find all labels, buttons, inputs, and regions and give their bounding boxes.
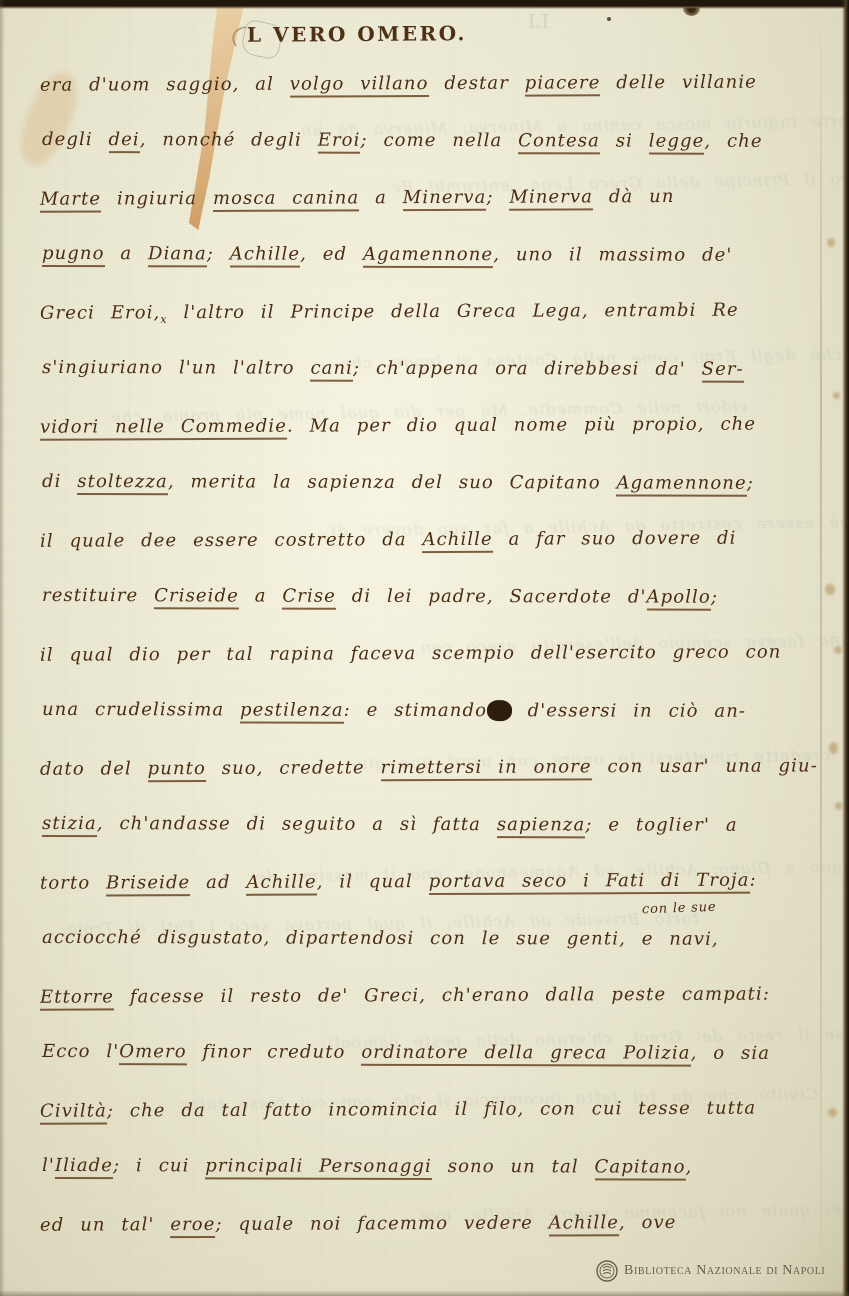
manuscript-line: dato del punto suo, credette rimettersi … — [40, 737, 840, 797]
underlined-word: legge — [649, 131, 705, 155]
underlined-word: Eroi — [318, 130, 361, 154]
manuscript-line: acciocché disgustato, dipartendosi con l… — [42, 909, 842, 968]
manuscript-text: destar — [428, 73, 524, 94]
manuscript-line: ed un tal' eroe; quale noi facemmo veder… — [40, 1193, 840, 1253]
underlined-word: Achille — [230, 243, 300, 267]
manuscript-text: ; — [486, 187, 509, 208]
manuscript-text: a — [239, 585, 283, 606]
manuscript-text: una crudelissima — [42, 699, 240, 721]
show-through-mark: LI — [528, 8, 549, 34]
manuscript-text: Greci Eroi, — [40, 302, 160, 324]
underlined-word: volgo villano — [290, 73, 429, 98]
manuscript-text: ; che da tal fatto incomincia il filo, c… — [107, 1098, 756, 1122]
manuscript-line: l'Iliade; i cui principali Personaggi so… — [42, 1137, 842, 1196]
underlined-word: Criseide — [154, 585, 239, 609]
manuscript-text: si — [600, 130, 649, 151]
manuscript-page: Marte ingiuria mosca canina a Minerva; M… — [0, 0, 849, 1296]
manuscript-text: finor creduto — [187, 1041, 362, 1062]
foxing-spot — [825, 584, 835, 595]
manuscript-text: a far suo dovere di — [493, 528, 737, 550]
underlined-word: Minerva — [509, 186, 593, 210]
manuscript-text: Ecco l' — [42, 1041, 119, 1062]
foxing-spot — [835, 802, 842, 810]
underlined-word: Contesa — [518, 130, 600, 154]
underlined-word: vidori nelle Commedie — [40, 416, 287, 441]
manuscript-line: Ettorre facesse il resto de' Greci, ch'e… — [40, 965, 840, 1025]
library-stamp: Biblioteca Nazionale di Napoli — [596, 1260, 825, 1282]
manuscript-line: stizia, ch'andasse di seguito a sì fatta… — [42, 795, 842, 854]
underlined-word: Crise — [282, 586, 336, 610]
underlined-word: pugno — [42, 243, 105, 267]
manuscript-text: facesse il resto de' Greci, ch'erano dal… — [114, 984, 770, 1008]
manuscript-line: una crudelissima pestilenza: e stimandol… — [42, 681, 842, 740]
underlined-word: stizia — [42, 813, 97, 837]
manuscript-text: a — [105, 243, 149, 264]
underlined-word: Iliade — [55, 1155, 113, 1179]
manuscript-text: x — [160, 313, 167, 326]
foxing-spot — [834, 646, 842, 654]
manuscript-text: acciocché disgustato, dipartendosi con l… — [42, 927, 719, 950]
manuscript-text: lo — [487, 700, 512, 721]
underlined-word: Ettorre — [40, 986, 114, 1010]
manuscript-text: : e stimando — [344, 700, 487, 721]
underlined-word: Agamennone — [616, 472, 746, 496]
manuscript-text: ; i cui — [113, 1155, 205, 1176]
manuscript-text: di — [42, 471, 77, 492]
page-edge-right — [842, 0, 849, 1296]
manuscript-line: Ecco l'Omero finor creduto ordinatore de… — [42, 1023, 842, 1082]
underlined-word: Marte — [40, 188, 101, 212]
manuscript-text: degli — [42, 129, 109, 150]
underlined-word: Achille — [422, 529, 492, 553]
manuscript-text: , ch'andasse di seguito a sì fatta — [97, 813, 497, 835]
manuscript-text: ; — [711, 587, 718, 608]
foxing-spot — [829, 742, 838, 754]
manuscript-line: il qual dio per tal rapina faceva scempi… — [40, 623, 840, 683]
ink-dot — [607, 17, 611, 21]
manuscript-text: , merita la sapienza del suo Capitano — [168, 471, 617, 493]
bnn-stamp-icon — [596, 1260, 618, 1282]
manuscript-line: restituire Criseide a Crise di lei padre… — [42, 567, 842, 626]
manuscript-text: delle villanie — [600, 72, 757, 94]
library-stamp-text: Biblioteca Nazionale di Napoli — [624, 1263, 825, 1279]
underlined-word: Briseide — [106, 872, 190, 896]
manuscript-text: era d'uom saggio, al — [40, 74, 290, 96]
manuscript-text: ingiuria — [101, 188, 213, 209]
interlinear-insertion: con le sue — [642, 900, 717, 918]
page-edge-top — [0, 0, 849, 9]
manuscript-text: , o sia — [691, 1043, 770, 1064]
manuscript-line: il quale dee essere costretto da Achille… — [40, 509, 840, 569]
manuscript-text: ; come nella — [360, 130, 518, 151]
manuscript-text: ; — [207, 243, 230, 264]
underlined-word: portava seco i Fati di Troja — [429, 870, 750, 895]
manuscript-text: , che — [704, 131, 762, 152]
manuscript-text: dà un — [593, 186, 675, 207]
page-crease — [820, 0, 822, 1296]
manuscript-text: sono un tal — [432, 1156, 595, 1177]
manuscript-text: , nonché degli — [140, 129, 318, 150]
page-edge-bottom — [0, 1290, 849, 1296]
manuscript-line: era d'uom saggio, al volgo villano desta… — [40, 53, 840, 113]
manuscript-text: , uno il massimo de' — [493, 244, 732, 266]
manuscript-lines: era d'uom saggio, al volgo villano desta… — [40, 55, 840, 1252]
underlined-word: ordinatore della greca Polizia — [361, 1042, 690, 1067]
manuscript-text: l' — [42, 1155, 55, 1176]
manuscript-line: Greci Eroi,x l'altro il Principe della G… — [40, 281, 840, 341]
manuscript-text: ; e toglier' a — [585, 814, 737, 835]
manuscript-text: , il qual — [317, 871, 429, 892]
manuscript-line: s'ingiuriano l'un l'altro cani; ch'appen… — [42, 339, 842, 398]
underlined-word: Capitano — [595, 1156, 686, 1180]
underlined-word: pestilenza — [240, 699, 344, 723]
underlined-word: mosca canina — [213, 187, 359, 212]
manuscript-line: vidori nelle Commedie. Ma per dio qual n… — [40, 395, 840, 455]
page-edge-left — [0, 0, 5, 1296]
manuscript-line: pugno a Diana; Achille, ed Agamennone, u… — [42, 225, 842, 284]
manuscript-text: d'essersi in ciò an- — [512, 700, 746, 722]
manuscript-text: torto — [40, 872, 106, 893]
underlined-word: cani — [310, 358, 353, 382]
underlined-word: Diana — [148, 243, 207, 267]
underlined-word: rimettersi in onore — [381, 756, 592, 781]
manuscript-line: Civiltà; che da tal fatto incomincia il … — [40, 1079, 840, 1139]
manuscript-line: di stoltezza, merita la sapienza del suo… — [42, 453, 842, 512]
underlined-word: stoltezza — [77, 471, 168, 495]
manuscript-line: degli dei, nonché degli Eroi; come nella… — [42, 111, 842, 170]
underlined-word: Achille — [549, 1212, 619, 1236]
manuscript-text: il qual dio per tal rapina faceva scempi… — [40, 642, 782, 666]
foxing-spot — [828, 1108, 837, 1117]
page-title: L VERO OMERO. — [247, 21, 467, 47]
manuscript-text: restituire — [42, 585, 154, 606]
manuscript-text: il quale dee essere costretto da — [40, 529, 423, 552]
underlined-word: punto — [148, 758, 206, 782]
manuscript-text: ed un tal' — [40, 1214, 170, 1236]
manuscript-text: , ed — [300, 244, 363, 265]
underlined-word: Apollo — [647, 587, 711, 611]
underlined-word: Minerva — [403, 187, 487, 211]
underlined-word: Agamennone — [363, 244, 493, 268]
manuscript-text: s'ingiuriano l'un l'altro — [42, 357, 311, 379]
foxing-spot — [833, 392, 840, 399]
underlined-word: eroe — [170, 1214, 215, 1238]
manuscript-text: ; quale noi facemmo vedere — [215, 1213, 548, 1235]
underlined-word: piacere — [525, 72, 601, 96]
manuscript-text: . Ma per dio qual nome più propio, che — [287, 414, 756, 437]
underlined-word: sapienza — [497, 814, 586, 838]
manuscript-text: , — [686, 1157, 693, 1178]
underlined-word: Omero — [119, 1041, 186, 1065]
underlined-word: Civiltà — [40, 1100, 107, 1124]
foxing-spot — [827, 238, 835, 247]
manuscript-text: dato del — [40, 758, 148, 779]
manuscript-line: torto Briseide ad Achille, il qual porta… — [40, 851, 840, 911]
underlined-word: Achille — [246, 872, 316, 896]
manuscript-text: ; — [747, 473, 754, 494]
manuscript-line: Marte ingiuria mosca canina a Minerva; M… — [40, 167, 840, 227]
underlined-word: dei — [109, 129, 140, 153]
manuscript-text: ; ch'appena ora direbbesi da' — [353, 358, 702, 380]
underlined-word: principali Personaggi — [205, 1155, 432, 1180]
manuscript-text: con usar' una giu- — [592, 755, 818, 777]
manuscript-text: a — [359, 187, 403, 208]
underlined-word: Ser- — [702, 359, 744, 383]
manuscript-text: ad — [190, 872, 246, 893]
manuscript-text: suo, credette — [206, 757, 381, 779]
manuscript-text: , ove — [619, 1212, 677, 1233]
manuscript-text: l'altro il Principe della Greca Lega, en… — [168, 300, 739, 323]
manuscript-text: di lei padre, Sacerdote d' — [336, 586, 647, 608]
manuscript-text: : — [750, 870, 757, 891]
